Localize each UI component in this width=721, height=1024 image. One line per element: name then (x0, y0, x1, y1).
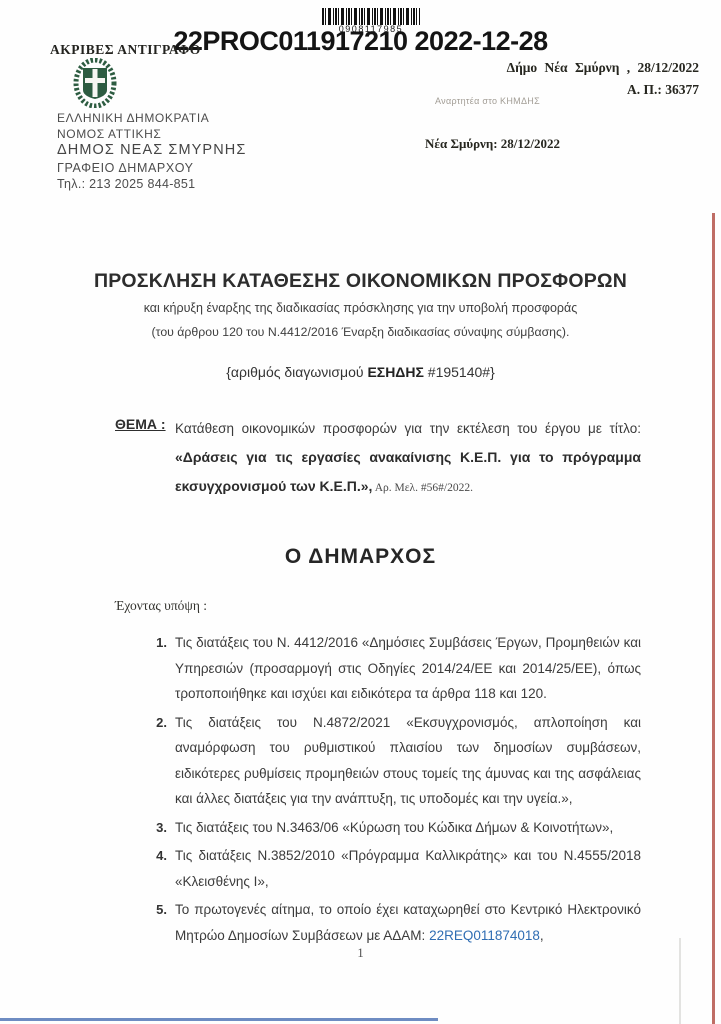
item-number: 5. (151, 897, 167, 923)
city-date: Νέα Σμύρνη: 28/12/2022 (425, 136, 560, 152)
list-item: 3. Τις διατάξεις του Ν.3463/06 «Κύρωση τ… (115, 815, 642, 841)
letterhead-republic: ΕΛΛΗΝΙΚΗ ΔΗΜΟΚΡΑΤΙΑ (57, 111, 209, 125)
letterhead-phone: Τηλ.: 213 2025 844-851 (57, 177, 195, 191)
scan-artifact-red-line (712, 213, 715, 1024)
legal-references-list: 1. Τις διατάξεις του Ν. 4412/2016 «Δημόσ… (115, 630, 642, 951)
tender-number-line: {αριθμός διαγωνισμού ΕΣΗΔΗΣ #195140#} (0, 364, 721, 380)
subject-project-title-line1: «Δράσεις για τις εργασίες ανακαίνισης Κ.… (175, 443, 641, 472)
study-reference: Αρ. Μελ. #56#/2022. (372, 482, 473, 494)
certified-copy-label: ΑΚΡΙΒΕΣ ΑΝΤΙΓΡΑΦΟ (50, 42, 201, 58)
barcode (322, 8, 420, 25)
subject-intro: Κατάθεση οικονομικών προσφορών για την ε… (175, 414, 641, 443)
list-item: 2. Τις διατάξεις του Ν.4872/2021 «Εκσυγχ… (115, 710, 642, 812)
letterhead-prefecture: ΝΟΜΟΣ ΑΤΤΙΚΗΣ (57, 127, 161, 141)
list-item: 1. Τις διατάξεις του Ν. 4412/2016 «Δημόσ… (115, 630, 642, 707)
document-title: ΠΡΟΣΚΛΗΣΗ ΚΑΤΑΘΕΣΗΣ ΟΙΚΟΝΟΜΙΚΩΝ ΠΡΟΣΦΟΡΩ… (0, 270, 721, 293)
tender-system-name: ΕΣΗΔΗΣ (367, 364, 423, 380)
document-page: 0908117985 22PROC011917210 2022-12-28 ΑΚ… (0, 0, 721, 1024)
item-text: Το πρωτογενές αίτημα, το οποίο έχει κατα… (175, 897, 641, 948)
document-subtitle-2: (του άρθρου 120 του Ν.4412/2016 Έναρξη δ… (0, 325, 721, 339)
protocol-number: Α. Π.: 36377 (627, 82, 699, 98)
adam-code-link[interactable]: 22REQ011874018 (429, 928, 540, 943)
kimdis-posting-note: Αναρτητέα στο ΚΗΜΔΗΣ (435, 96, 540, 106)
letterhead-office: ΓΡΑΦΕΙΟ ΔΗΜΑΡΧΟΥ (57, 161, 194, 175)
list-item: 5. Το πρωτογενές αίτημα, το οποίο έχει κ… (115, 897, 642, 948)
subject-text: Κατάθεση οικονομικών προσφορών για την ε… (175, 414, 641, 503)
scan-artifact-blue-line (0, 1018, 438, 1021)
greek-coat-of-arms-icon (72, 58, 118, 113)
item-number: 2. (151, 710, 167, 736)
item-number: 4. (151, 843, 167, 869)
tender-suffix: #195140#} (424, 364, 495, 380)
subject-label: ΘΕΜΑ : (115, 416, 166, 432)
tender-prefix: {αριθμός διαγωνισμού (226, 364, 367, 380)
preamble: Έχοντας υπόψη : (115, 598, 207, 614)
item-number: 3. (151, 815, 167, 841)
place-and-date: Δήμο Νέα Σμύρνη , 28/12/2022 (507, 60, 699, 76)
barcode-number: 0908117985 (322, 24, 420, 34)
list-item: 4. Τις διατάξεις Ν.3852/2010 «Πρόγραμμα … (115, 843, 642, 894)
page-number: 1 (0, 946, 721, 961)
subject-project-title-line2: εκσυγχρονισμού των Κ.Ε.Π.», Αρ. Μελ. #56… (175, 472, 641, 503)
letterhead-municipality: ΔΗΜΟΣ ΝΕΑΣ ΣΜΥΡΝΗΣ (57, 142, 246, 158)
document-subtitle-1: και κήρυξη έναρξης της διαδικασίας πρόσκ… (0, 301, 721, 315)
item-text: Τις διατάξεις Ν.3852/2010 «Πρόγραμμα Καλ… (175, 843, 641, 894)
item-number: 1. (151, 630, 167, 656)
subject-block: ΘΕΜΑ : Κατάθεση οικονομικών προσφορών γι… (115, 414, 642, 503)
item-text: Τις διατάξεις του Ν.3463/06 «Κύρωση του … (175, 815, 641, 841)
scan-artifact-gray-line (679, 938, 681, 1024)
item-text: Τις διατάξεις του Ν.4872/2021 «Εκσυγχρον… (175, 710, 641, 812)
item-text: Τις διατάξεις του Ν. 4412/2016 «Δημόσιες… (175, 630, 641, 707)
mayor-heading: Ο ΔΗΜΑΡΧΟΣ (0, 545, 721, 569)
